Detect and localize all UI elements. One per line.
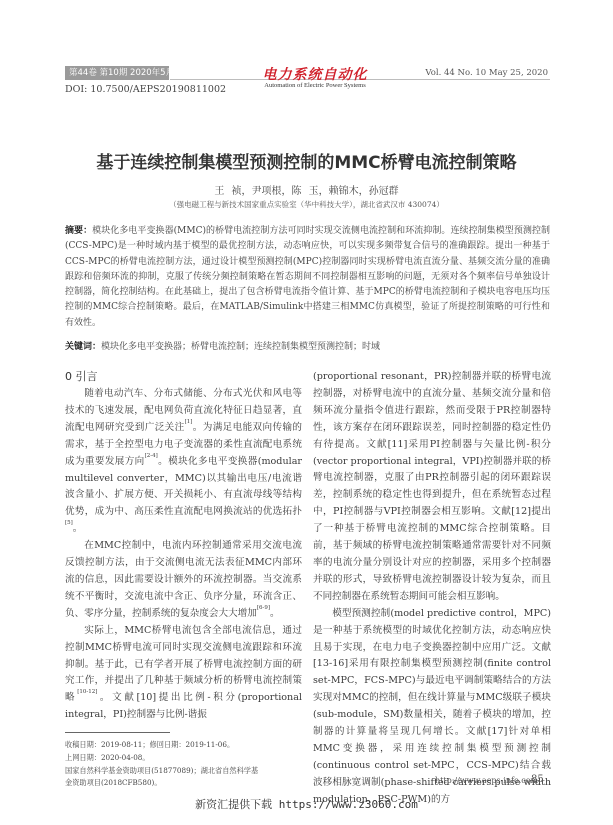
paper-title: 基于连续控制集模型预测控制的MMC桥臂电流控制策略 xyxy=(40,148,573,173)
text: 。文献[10]提出比例-积分(proportional integral，PI)… xyxy=(65,692,302,720)
text: 。 xyxy=(270,608,280,619)
issue-info-bar: 第44卷 第10期 2020年5月25日 xyxy=(65,66,169,80)
keywords: 关键词：模块化多电平变换器；桥臂电流控制；连续控制集模型预测控制；时域 xyxy=(65,339,550,352)
download-watermark: 新资汇提供下载 https://www.z3060.com xyxy=(0,796,613,812)
keywords-text: 模块化多电平变换器；桥臂电流控制；连续控制集模型预测控制；时域 xyxy=(101,342,380,352)
citation[interactable]: [5] xyxy=(65,520,73,526)
citation[interactable]: [10-12] xyxy=(77,689,97,695)
citation[interactable]: [6-9] xyxy=(257,605,270,611)
funding-line-1: 国家自然科学基金资助项目(51877089)；湖北省自然科学基 xyxy=(65,765,302,778)
paragraph: 随着电动汽车、分布式储能、分布式光伏和风电等技术的飞速发展，配电网负荷直流化特征… xyxy=(65,386,302,538)
footnotes: 收稿日期：2019-08-11；修回日期：2019-11-06。 上网日期：20… xyxy=(65,739,302,790)
right-column: (proportional resonant，PR)控制器并联的桥臂电流控制器，… xyxy=(313,369,551,809)
text: 。 xyxy=(73,523,83,534)
received-date: 收稿日期：2019-08-11；修回日期：2019-11-06。 xyxy=(65,739,302,752)
left-column: 随着电动汽车、分布式储能、分布式光伏和风电等技术的飞速发展，配电网负荷直流化特征… xyxy=(65,386,302,724)
paragraph: (proportional resonant，PR)控制器并联的桥臂电流控制器，… xyxy=(313,369,551,606)
funding-line-2: 金资助项目(2018CFB580)。 xyxy=(65,777,302,790)
paragraph: 实际上，MMC桥臂电流包含全部电流信息，通过控制MMC桥臂电流可同时实现交流侧电… xyxy=(65,623,302,724)
doi: DOI: 10.7500/AEPS20190811002 xyxy=(65,84,226,95)
journal-logo-cn: 电力系统自动化 xyxy=(240,64,390,84)
footnote-divider xyxy=(65,732,170,733)
abstract-label: 摘要： xyxy=(65,226,92,236)
authors: 王 祯，尹项根，陈 玉，赖锦木，孙冠群 xyxy=(40,182,573,197)
journal-url[interactable]: http://www.aeps-info.com xyxy=(435,776,538,785)
section-heading-introduction: 0 引言 xyxy=(65,368,98,384)
citation[interactable]: [2-4] xyxy=(145,453,158,459)
affiliation: （强电磁工程与新技术国家重点实验室（华中科技大学），湖北省武汉市 430074） xyxy=(40,199,573,210)
paragraph: 在MMC控制中，电流内环控制通常采用交流电流反馈控制方法，由于交流侧电流无法表征… xyxy=(65,538,302,623)
online-date: 上网日期：2020-04-08。 xyxy=(65,752,302,765)
abstract: 摘要：模块化多电平变换器(MMC)的桥臂电流控制方法可同时实现交流侧电流控制和环… xyxy=(65,224,550,331)
journal-name-en: Automation of Electric Power Systems xyxy=(240,82,390,89)
abstract-text: 模块化多电平变换器(MMC)的桥臂电流控制方法可同时实现交流侧电流控制和环流抑制… xyxy=(65,226,550,328)
keywords-label: 关键词： xyxy=(65,342,101,352)
page-number: 85 xyxy=(531,774,544,785)
volume-info: Vol. 44 No. 10 May 25, 2020 xyxy=(425,68,548,78)
